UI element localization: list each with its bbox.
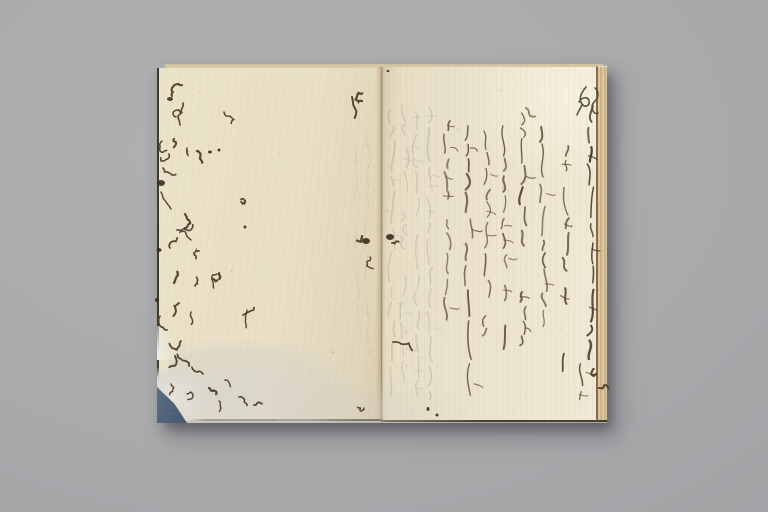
center-fold-gutter <box>376 67 387 422</box>
worn-edge-notch <box>157 326 179 360</box>
fore-edge-page-stack <box>596 66 607 422</box>
transcription-approx: えと乙の手引寄 鳥飛おくあらほるのめおろ人おき ぬれ 拝を御らくなり 溢りしかも… <box>0 0 1 1</box>
photo-of-open-manuscript: えと乙の手引寄 鳥飛おくあらほるのめおろ人おき ぬれ 拝を御らくなり 溢りしかも… <box>0 0 768 512</box>
manuscript-book <box>157 64 607 423</box>
repair-patch-secondary <box>277 375 477 423</box>
right-page <box>382 67 596 422</box>
